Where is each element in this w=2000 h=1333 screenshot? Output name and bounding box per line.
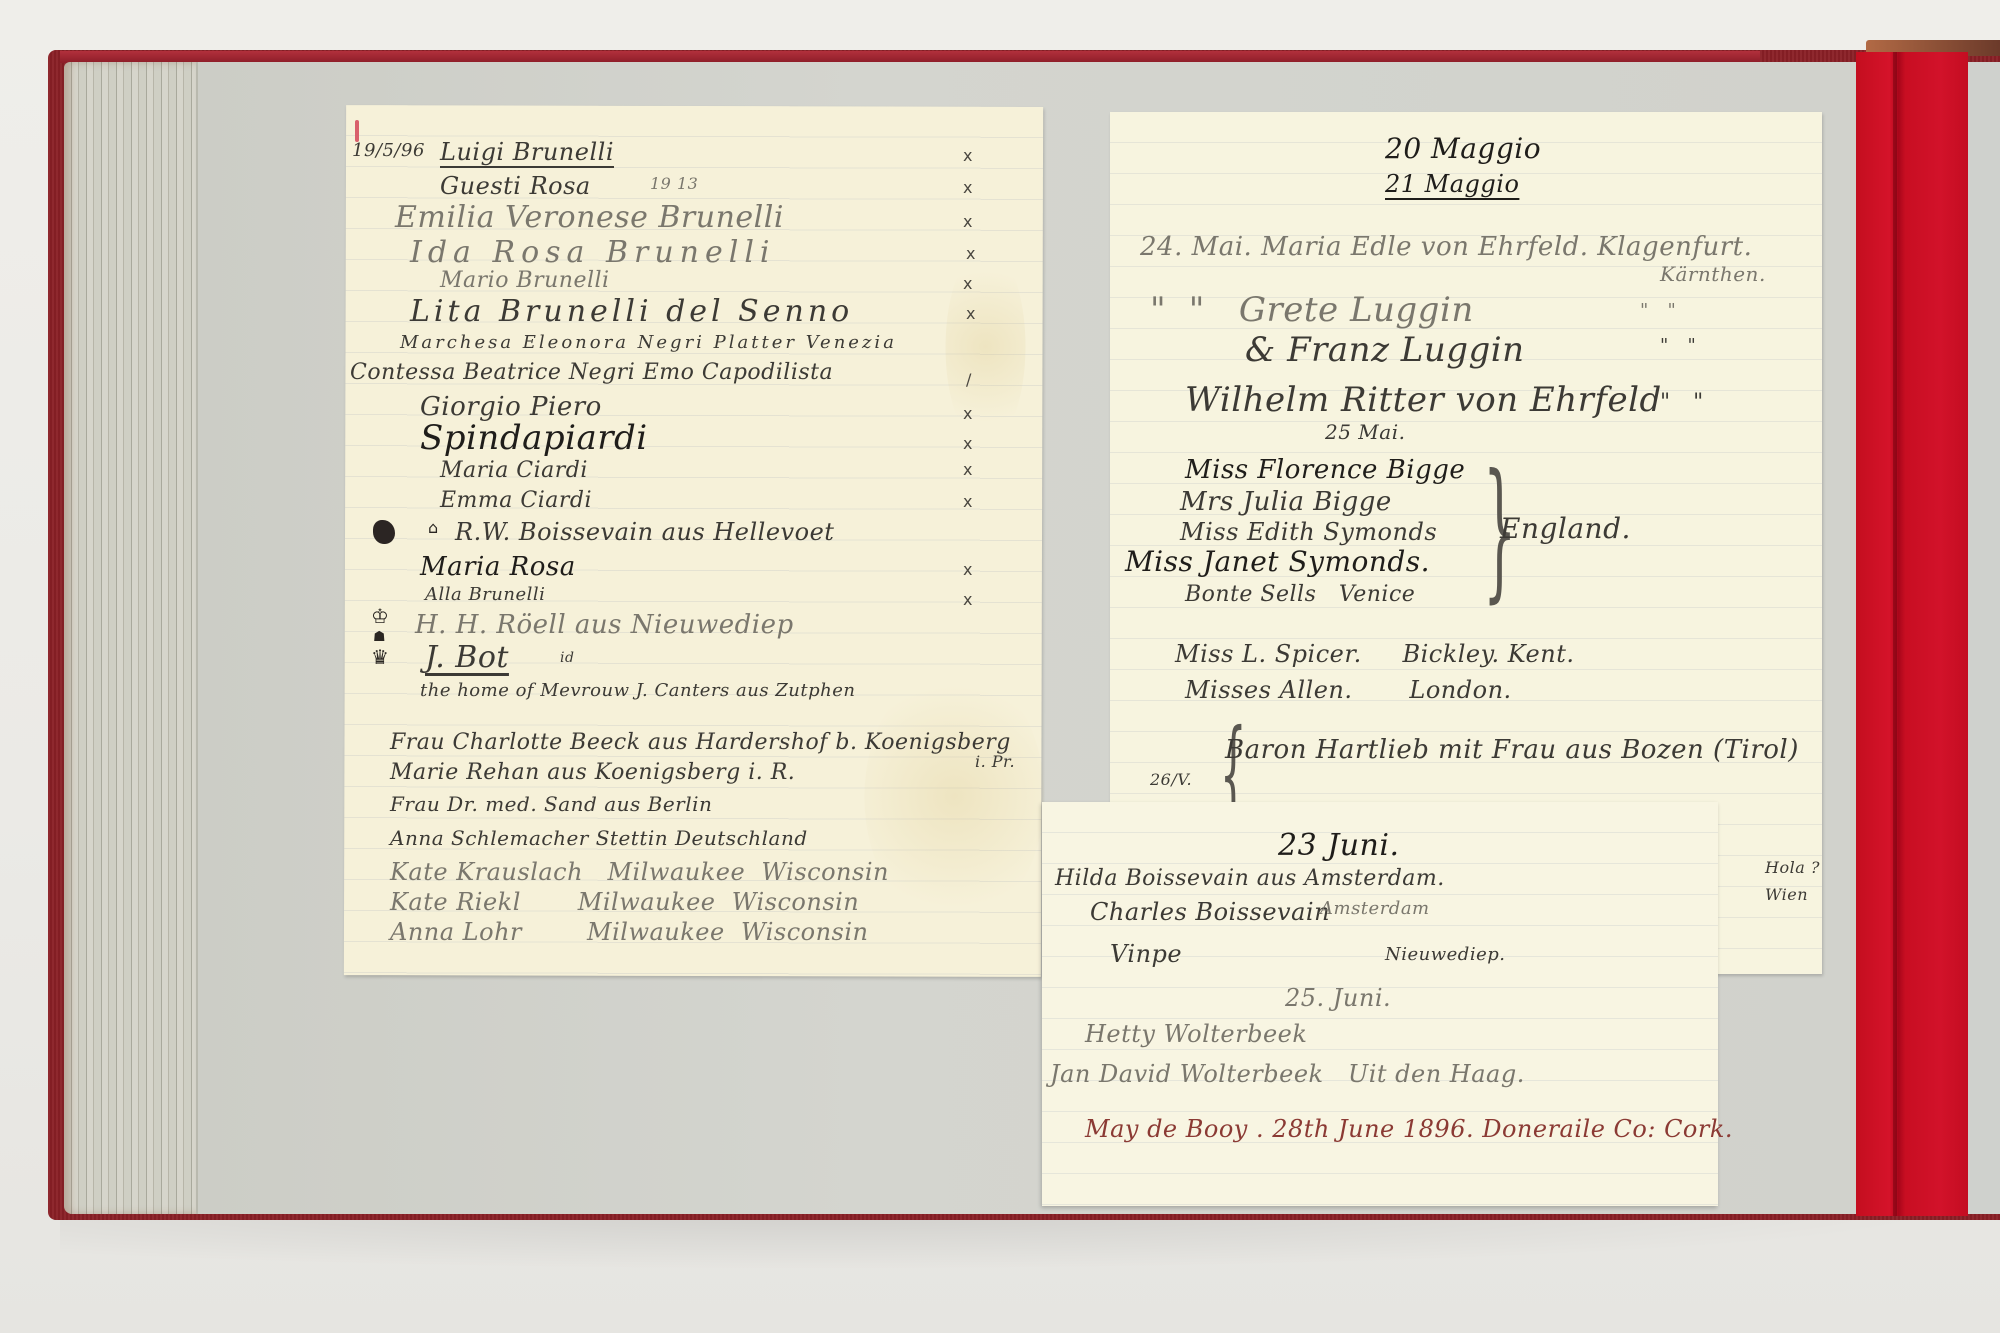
- check-mark: /: [966, 370, 971, 389]
- hidden-entry-fragment: Hola ?: [1765, 858, 1820, 877]
- guest-entry: & Franz Luggin: [1245, 330, 1525, 370]
- check-mark: x: [963, 178, 972, 197]
- check-mark: x: [963, 212, 972, 231]
- guest-entry: J. Bot: [425, 640, 509, 675]
- guest-entry: the home of Mevrouw J. Canters aus Zutph…: [420, 680, 856, 701]
- coronet-stamp-icon: ♛: [371, 647, 389, 667]
- guest-entry: May de Booy . 28th June 1896. Doneraile …: [1085, 1115, 1733, 1143]
- guest-entry: Alla Brunelli: [425, 584, 545, 605]
- check-mark: x: [963, 460, 972, 479]
- hidden-entry-fragment: Wien: [1765, 885, 1808, 904]
- entry-date: 19/5/96: [352, 140, 425, 161]
- guest-entry: Guesti Rosa: [440, 172, 591, 200]
- group-country: England.: [1500, 512, 1631, 545]
- guest-entry: Baron Hartlieb mit Frau aus Bozen (Tirol…: [1225, 735, 1799, 765]
- check-mark: x: [966, 244, 975, 263]
- guest-entry: Anna Lohr Milwaukee Wisconsin: [390, 918, 869, 946]
- check-mark: x: [963, 274, 972, 293]
- guest-entry-suffix: Kärnthen.: [1660, 262, 1766, 286]
- guest-entry: Maria Rosa: [420, 552, 576, 582]
- guest-entry-note: 19 13: [650, 174, 698, 193]
- guest-entry: Anna Schlemacher Stettin Deutschland: [390, 826, 808, 850]
- guest-entry: Vinpe: [1110, 940, 1182, 968]
- crown-stamp-icon: ♔: [371, 606, 389, 626]
- guest-entry: Kate Krauslach Milwaukee Wisconsin: [390, 858, 889, 886]
- guest-entry: Ida Rosa Brunelli: [410, 235, 776, 270]
- guest-entry-suffix: Nieuwediep.: [1385, 944, 1506, 965]
- guest-entry: Lita Brunelli del Senno: [410, 294, 853, 329]
- guest-entry-suffix: i. Pr.: [975, 752, 1015, 771]
- paper-stain: [945, 247, 1026, 447]
- guest-entry: Hilda Boissevain aus Amsterdam.: [1055, 866, 1445, 891]
- paper-stain: [864, 666, 1045, 926]
- guest-entry: Contessa Beatrice Negri Emo Capodilista: [350, 360, 833, 385]
- red-pencil-mark: [355, 120, 359, 142]
- guest-entry-note: id: [560, 650, 574, 666]
- guest-entry: Miss Florence Bigge: [1185, 455, 1465, 485]
- guest-entry: Miss Edith Symonds: [1180, 518, 1437, 546]
- guest-entry: Wilhelm Ritter von Ehrfeld: [1185, 380, 1662, 420]
- check-mark: x: [963, 560, 972, 579]
- guest-entry: Emma Ciardi: [440, 488, 592, 513]
- guest-entry: 24. Mai. Maria Edle von Ehrfeld. Klagenf…: [1140, 232, 1752, 262]
- ditto-mark: " ": [1660, 335, 1696, 356]
- guest-entry-suffix: Amsterdam: [1320, 898, 1430, 919]
- guest-entry: H. H. Röell aus Nieuwediep: [415, 610, 794, 640]
- guest-entry: R.W. Boissevain aus Hellevoet: [455, 518, 834, 546]
- date-heading: 25 Mai.: [1325, 420, 1405, 444]
- guest-entry: Frau Dr. med. Sand aus Berlin: [390, 792, 712, 816]
- check-mark: x: [963, 492, 972, 511]
- piano-stamp-icon: ⌂: [428, 520, 438, 536]
- helmet-stamp-icon: ☗: [373, 630, 386, 644]
- guest-entry: Marchesa Eleonora Negri Platter Venezia: [400, 332, 897, 353]
- guest-entry: Luigi Brunelli: [440, 138, 614, 166]
- date-heading: 21 Maggio: [1385, 170, 1519, 198]
- guest-entry: Frau Charlotte Beeck aus Hardershof b. K…: [390, 730, 1011, 755]
- check-mark: x: [963, 404, 972, 423]
- guest-entry: Miss Janet Symonds.: [1125, 545, 1430, 578]
- ditto-mark: " ": [1640, 300, 1676, 321]
- ditto-mark: " ": [1660, 390, 1704, 415]
- guest-entry: Maria Ciardi: [440, 458, 588, 483]
- guest-entry: Kate Riekl Milwaukee Wisconsin: [390, 888, 859, 916]
- guest-entry: Miss L. Spicer. Bickley. Kent.: [1175, 640, 1574, 668]
- guest-entry: Bonte Sells Venice: [1185, 582, 1415, 607]
- guest-entry: Jan David Wolterbeek Uit den Haag.: [1050, 1060, 1525, 1088]
- red-binding-band: [1856, 52, 1968, 1216]
- guest-entry: Hetty Wolterbeek: [1085, 1020, 1307, 1048]
- guest-entry: " " Grete Luggin: [1150, 290, 1474, 330]
- guest-entry: Misses Allen. London.: [1185, 676, 1512, 704]
- check-mark: x: [966, 304, 975, 323]
- binding-fold: [1893, 52, 1897, 1216]
- ink-blot: [373, 520, 395, 544]
- guest-entry: Charles Boissevain: [1090, 898, 1330, 926]
- guest-entry: Emilia Veronese Brunelli: [395, 200, 784, 235]
- guest-entry: Spindapiardi: [420, 418, 648, 458]
- date-heading: 25. Juni.: [1285, 984, 1391, 1012]
- guest-entry: Mrs Julia Bigge: [1180, 487, 1392, 517]
- page-stack: [64, 62, 196, 1214]
- date-heading: 23 Juni.: [1278, 828, 1400, 863]
- guest-entry: Mario Brunelli: [440, 268, 610, 293]
- margin-note: 26/V.: [1150, 770, 1192, 789]
- next-leaf-edge: [1968, 62, 2000, 1214]
- check-mark: x: [963, 146, 972, 165]
- check-mark: x: [963, 590, 972, 609]
- date-heading: 20 Maggio: [1385, 132, 1541, 165]
- check-mark: x: [963, 434, 972, 453]
- guest-entry: Marie Rehan aus Koenigsberg i. R.: [390, 760, 795, 785]
